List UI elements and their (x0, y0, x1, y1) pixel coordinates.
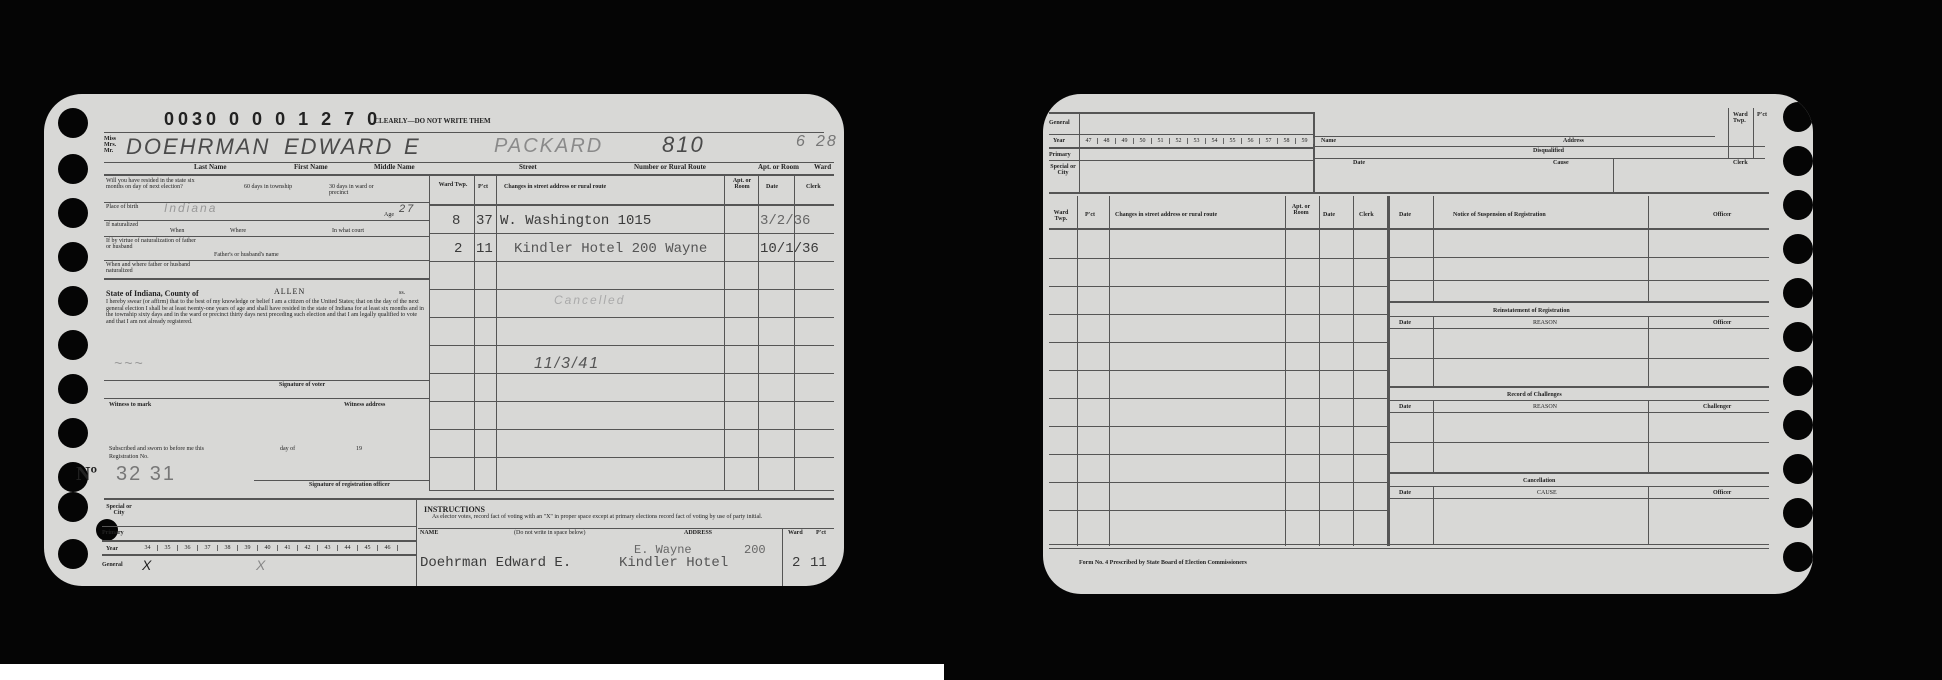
number-symbol: Nº (76, 464, 97, 484)
row-date: 10/1/36 (760, 242, 819, 256)
punch-hole (58, 330, 88, 360)
col-date: Date (766, 184, 778, 190)
label-age: Age (384, 212, 394, 218)
year-cell: 58 (1278, 138, 1296, 144)
label-naturalized: If naturalized (106, 222, 166, 228)
label-sig-officer: Signature of registration officer (309, 482, 390, 488)
year-cell: 34 (138, 545, 158, 551)
number-value: 810 (662, 134, 705, 156)
col-ward: Ward Twp. (436, 182, 470, 188)
col-clerk: Clerk (806, 184, 821, 190)
cancel-date-note: 11/3/41 (534, 356, 600, 372)
year-cell: 59 (1296, 138, 1314, 144)
year-cell: 56 (1242, 138, 1260, 144)
col-clerk: Clerk (1359, 212, 1374, 218)
year-cell: 57 (1260, 138, 1278, 144)
first-name-value: EDWARD (284, 136, 393, 158)
cancellation-cause-label: CAUSE (1537, 490, 1557, 496)
year-cell: 48 (1098, 138, 1116, 144)
last-name-value: DOEHRMAN (126, 136, 270, 158)
punch-hole (1783, 454, 1813, 484)
cancellation-date-label: Date (1399, 490, 1411, 496)
row-label-year: Year (1053, 138, 1065, 144)
label-resided-state: Will you have resided in the state six m… (106, 178, 198, 190)
label-street: Street (519, 164, 537, 171)
col-pct: P'ct (478, 184, 488, 190)
pct-value: 28 (816, 134, 838, 150)
year-cell: 55 (1224, 138, 1242, 144)
col-date: Date (1323, 212, 1335, 218)
year-cell: 38 (218, 545, 238, 551)
row-ward: 8 (452, 214, 460, 228)
label-clerk: Clerk (1733, 160, 1748, 166)
stub-number: 200 (744, 544, 766, 556)
label-birthplace: Place of birth (106, 204, 146, 210)
oath-text: I hereby swear (or affirm) that to the b… (106, 299, 426, 325)
stub-address-label: ADDRESS (684, 530, 712, 536)
year-row: 47 48 49 50 51 52 53 54 55 56 57 58 59 (1080, 138, 1314, 144)
serial-number: 0030 0 0 0 1 2 7 0 (164, 110, 381, 128)
label-name: Name (1321, 138, 1336, 144)
col-pct: P'ct (1085, 212, 1095, 218)
row-label-special: Special or City (102, 504, 136, 516)
col-apt: Apt. or Room (728, 178, 756, 190)
label-ward: Ward (814, 164, 831, 171)
punch-hole (58, 198, 88, 228)
ss-label: ss. (399, 290, 405, 296)
punch-hole (1783, 234, 1813, 264)
reinstatement-title: Reinstatement of Registration (1493, 308, 1570, 314)
label-when: When (170, 228, 184, 234)
year-row: 34 35 36 37 38 39 40 41 42 43 44 45 46 (138, 545, 398, 551)
label-date: Date (1353, 160, 1365, 166)
punch-hole (58, 242, 88, 272)
label-address: Address (1563, 138, 1584, 144)
suspension-title: Notice of Suspension of Registration (1453, 212, 1546, 218)
label-last-name: Last Name (194, 164, 226, 171)
punch-hole (1783, 190, 1813, 220)
col-apt: Apt. or Room (1287, 204, 1315, 216)
year-cell: 36 (178, 545, 198, 551)
punch-hole (1783, 146, 1813, 176)
middle-name-value: E (404, 136, 421, 158)
year-cell: 52 (1170, 138, 1188, 144)
punch-hole (1783, 278, 1813, 308)
challenges-date-label: Date (1399, 404, 1411, 410)
row-label-year: Year (106, 546, 118, 552)
age-value: 27 (399, 204, 415, 215)
year-cell: 49 (1116, 138, 1134, 144)
voter-signature: ~~~ (114, 356, 145, 370)
punch-hole (1783, 366, 1813, 396)
suspension-officer-label: Officer (1713, 212, 1731, 218)
challenges-challenger-label: Challenger (1703, 404, 1731, 410)
stub-pct-label: P'ct (816, 530, 826, 536)
year-cell: 44 (338, 545, 358, 551)
white-strip (0, 664, 944, 680)
registration-card-back: General Year Primary Special or City 47 … (1043, 94, 1813, 594)
punch-hole (58, 108, 88, 138)
vote-mark: X (256, 558, 267, 572)
form-footer: Form No. 4 Prescribed by State Board of … (1079, 560, 1247, 566)
year-cell: 50 (1134, 138, 1152, 144)
challenges-reason-label: REASON (1533, 404, 1557, 410)
punch-hole (58, 492, 88, 522)
street-value: PACKARD (494, 136, 603, 156)
label-sig-voter: Signature of voter (279, 382, 325, 388)
label-subscribed: Subscribed and sworn to before me this (109, 446, 204, 452)
suspension-date-label: Date (1399, 212, 1411, 218)
row-pct: 11 (476, 242, 493, 256)
label-reg-no: Registration No. (109, 454, 149, 460)
row-label-primary: Primary (102, 530, 124, 536)
year-cell: 54 (1206, 138, 1224, 144)
oath-heading: State of Indiana, County of (106, 290, 199, 298)
label-middle-name: Middle Name (374, 164, 415, 171)
vote-mark: X (142, 558, 153, 572)
label-number: Number or Rural Route (634, 164, 706, 171)
label-apt: Apt. or Room (758, 164, 799, 171)
label-first-name: First Name (294, 164, 328, 171)
punch-hole (1783, 498, 1813, 528)
punch-hole (58, 539, 88, 569)
punch-hole (58, 286, 88, 316)
col-ward: Ward Twp. (1049, 210, 1073, 222)
punch-hole (58, 374, 88, 404)
stub-ward-label: Ward (788, 530, 803, 536)
registration-card-front: 0030 0 0 0 1 2 7 0 CLEARLY—DO NOT WRITE … (44, 94, 844, 586)
birthplace-value: Indiana (164, 202, 217, 214)
stub-address: Kindler Hotel (619, 556, 728, 570)
col-address: Changes in street address or rural route (504, 184, 606, 190)
label-year-19: 19 (356, 446, 362, 452)
year-cell: 35 (158, 545, 178, 551)
row-address: W. Washington 1015 (500, 214, 651, 228)
year-cell: 46 (378, 545, 398, 551)
stub-name: Doehrman Edward E. (420, 556, 571, 570)
label-ward-twp: Ward Twp. (1733, 112, 1753, 124)
year-cell: 45 (358, 545, 378, 551)
label-days-ward: 30 days in ward or precinct (329, 184, 389, 196)
cancellation-title: Cancellation (1523, 478, 1555, 484)
label-witness-address: Witness address (344, 402, 385, 408)
year-cell: 42 (298, 545, 318, 551)
row-label-special: Special or City (1049, 164, 1077, 176)
label-days-township: 60 days in township (244, 184, 294, 190)
label-when-where-father: When and where father or husband natural… (106, 262, 206, 274)
label-disqualified: Disqualified (1533, 148, 1564, 154)
punch-hole (58, 154, 88, 184)
stub-name-label: NAME (420, 530, 438, 536)
year-cell: 37 (198, 545, 218, 551)
cancellation-officer-label: Officer (1713, 490, 1731, 496)
stub-pct: 11 (810, 556, 827, 570)
header-note: CLEARLY—DO NOT WRITE THEM (374, 118, 491, 125)
row-label-general: General (102, 562, 123, 568)
row-ward: 2 (454, 242, 462, 256)
label-virtue: If by virtue of naturalization of father… (106, 238, 198, 250)
row-pct: 37 (476, 214, 493, 228)
challenges-title: Record of Challenges (1507, 392, 1562, 398)
instructions-title: INSTRUCTIONS (424, 506, 485, 514)
year-cell: 39 (238, 545, 258, 551)
punch-hole (58, 418, 88, 448)
year-cell: 43 (318, 545, 338, 551)
label-cause: Cause (1553, 160, 1569, 166)
ward-value: 6 (796, 134, 807, 150)
label-day-of: day of (280, 446, 295, 452)
instructions-text: As elector votes, record fact of voting … (432, 514, 832, 520)
punch-hole (1783, 102, 1813, 132)
row-label-general: General (1049, 120, 1070, 126)
label-witness: Witness to mark (109, 402, 151, 408)
punch-hole (1783, 410, 1813, 440)
year-cell: 51 (1152, 138, 1170, 144)
cancelled-note: Cancelled (554, 294, 625, 306)
row-date: 3/2/36 (760, 214, 810, 228)
stub-ward: 2 (792, 556, 800, 570)
county-value: ALLEN (274, 288, 305, 296)
label-pct: P'ct (1757, 112, 1767, 118)
label-father-name: Father's or husband's name (214, 252, 279, 258)
punch-hole (1783, 322, 1813, 352)
stub-no-write: (Do not write in space below) (514, 530, 585, 536)
row-address: Kindler Hotel 200 Wayne (514, 242, 707, 256)
year-cell: 41 (278, 545, 298, 551)
label-where: Where (230, 228, 246, 234)
row-label-primary: Primary (1049, 152, 1071, 158)
col-address: Changes in street address or rural route (1115, 212, 1217, 218)
punch-hole (1783, 542, 1813, 572)
year-cell: 47 (1080, 138, 1098, 144)
reinstatement-date-label: Date (1399, 320, 1411, 326)
reinstatement-reason-label: REASON (1533, 320, 1557, 326)
label-court: In what court (332, 228, 364, 234)
registration-number: 32 31 (116, 464, 176, 484)
reinstatement-officer-label: Officer (1713, 320, 1731, 326)
year-cell: 53 (1188, 138, 1206, 144)
title-prefix: Miss Mrs. Mr. (104, 136, 122, 154)
year-cell: 40 (258, 545, 278, 551)
